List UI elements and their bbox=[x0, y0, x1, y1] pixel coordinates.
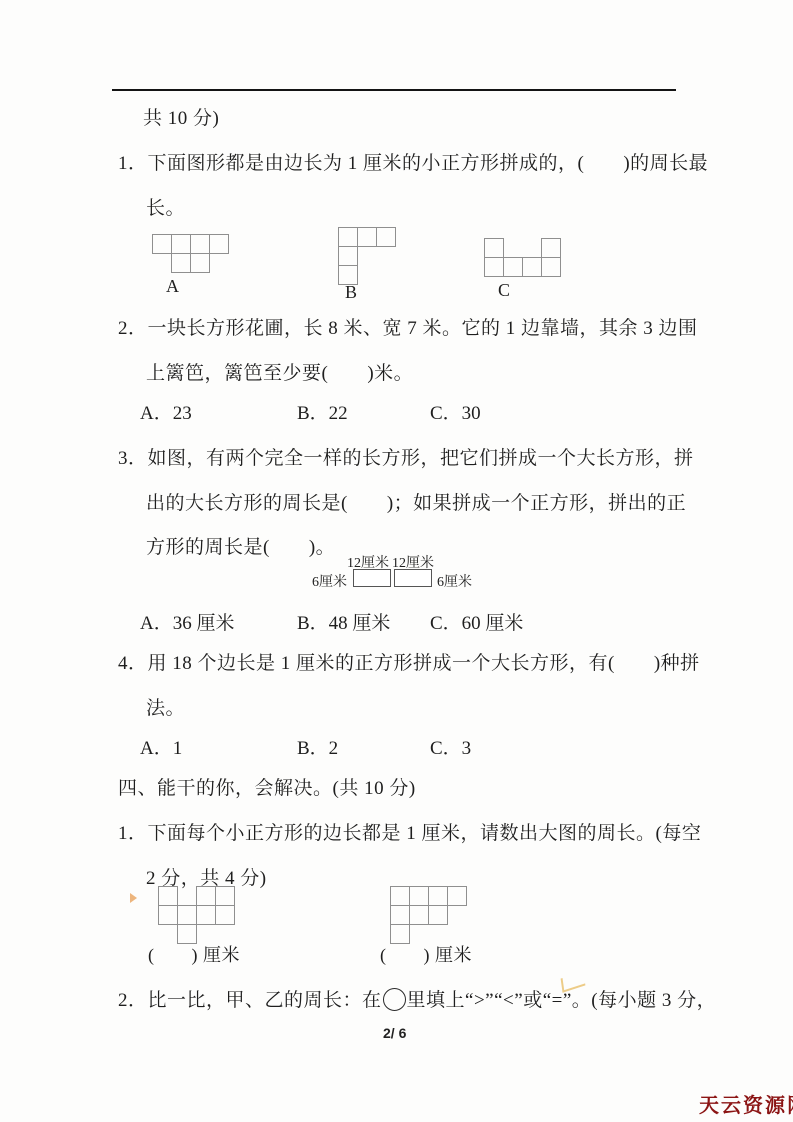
shape-label-c: C bbox=[498, 280, 510, 301]
unit-square bbox=[541, 257, 561, 277]
shape-label-b: B bbox=[345, 282, 357, 303]
question-2-text-line2: 上篱笆，篱笆至少要( )米。 bbox=[146, 358, 413, 385]
unit-square bbox=[171, 234, 191, 254]
question-4-number: 4． bbox=[118, 648, 148, 675]
unit-square bbox=[190, 253, 210, 273]
question-2-text-line1: 一块长方形花圃，长 8 米、宽 7 米。它的 1 边靠墙，其余 3 边围 bbox=[148, 318, 698, 339]
question-3-option-b: B．48 厘米 bbox=[297, 608, 390, 635]
question-1-text-line1: 下面图形都是由边长为 1 厘米的小正方形拼成的，( )的周长最 bbox=[148, 153, 709, 174]
question-3-text-line3: 方形的周长是( )。 bbox=[146, 532, 335, 559]
question-3-option-c: C．60 厘米 bbox=[430, 608, 523, 635]
worksheet-page: 共 10 分) 1．下面图形都是由边长为 1 厘米的小正方形拼成的，( )的周长… bbox=[0, 0, 793, 1122]
question-1-text-line2: 长。 bbox=[146, 193, 185, 220]
unit-square bbox=[196, 905, 216, 925]
unit-square bbox=[152, 234, 172, 254]
carryover-text: 共 10 分) bbox=[143, 103, 219, 130]
page-divider-line bbox=[112, 89, 676, 91]
unit-square bbox=[177, 905, 197, 925]
unit-square bbox=[390, 905, 410, 925]
question-3-option-a: A．36 厘米 bbox=[140, 608, 234, 635]
unit-square bbox=[196, 886, 216, 906]
rectangle-right bbox=[394, 569, 432, 587]
perimeter-figure-right bbox=[390, 886, 467, 944]
unit-square bbox=[215, 905, 235, 925]
question-2-option-a: A．23 bbox=[140, 398, 192, 425]
rect-left-side-label: 6厘米 bbox=[312, 571, 347, 591]
question-4-option-c: C．3 bbox=[430, 733, 471, 760]
unit-square bbox=[158, 905, 178, 925]
shape-figure-a bbox=[152, 234, 229, 273]
section-4-question-1-number: 1． bbox=[118, 818, 148, 845]
unit-square bbox=[338, 246, 358, 266]
question-4-text-line1: 用 18 个边长是 1 厘米的正方形拼成一个大长方形，有( )种拼 bbox=[148, 653, 700, 674]
unit-square bbox=[171, 253, 191, 273]
answer-blank-left: ( ) 厘米 bbox=[148, 941, 240, 967]
compare-answer-circle bbox=[383, 988, 406, 1011]
site-watermark: 天云资源网 bbox=[699, 1089, 793, 1118]
unit-square bbox=[428, 886, 448, 906]
unit-square bbox=[209, 234, 229, 254]
question-2-option-b: B．22 bbox=[297, 398, 348, 425]
question-2-option-c: C．30 bbox=[430, 398, 481, 425]
unit-square bbox=[390, 886, 410, 906]
question-3-text-line2: 出的大长方形的周长是( )；如果拼成一个正方形，拼出的正 bbox=[146, 488, 686, 515]
rect-right-side-label: 6厘米 bbox=[437, 571, 472, 591]
section-4-question-2-number: 2． bbox=[118, 985, 148, 1012]
unit-square bbox=[158, 886, 178, 906]
answer-blank-right: ( ) 厘米 bbox=[380, 941, 472, 967]
section-4-question-2-after-circle: 里填上“>”“<”或“=”。(每小题 3 分， bbox=[407, 990, 717, 1011]
question-4-option-a: A．1 bbox=[140, 733, 182, 760]
unit-square bbox=[338, 227, 358, 247]
unit-square bbox=[215, 886, 235, 906]
unit-square bbox=[484, 257, 504, 277]
unit-square bbox=[376, 227, 396, 247]
section-4-question-2-before-circle: 比一比，甲、乙的周长：在 bbox=[148, 990, 382, 1011]
question-3-number: 3． bbox=[118, 443, 148, 470]
question-2-number: 2． bbox=[118, 313, 148, 340]
question-3: 3．如图，有两个完全一样的长方形，把它们拼成一个大长方形，拼 bbox=[118, 443, 694, 470]
unit-square bbox=[484, 238, 504, 258]
question-1: 1．下面图形都是由边长为 1 厘米的小正方形拼成的，( )的周长最 bbox=[118, 148, 708, 175]
unit-square bbox=[447, 886, 467, 906]
unit-square bbox=[522, 257, 542, 277]
section-4-question-2: 2．比一比，甲、乙的周长：在里填上“>”“<”或“=”。(每小题 3 分， bbox=[118, 985, 716, 1012]
unit-square bbox=[428, 905, 448, 925]
unit-square bbox=[503, 257, 523, 277]
question-2: 2．一块长方形花圃，长 8 米、宽 7 米。它的 1 边靠墙，其余 3 边围 bbox=[118, 313, 698, 340]
shape-label-a: A bbox=[166, 276, 179, 297]
question-4-option-b: B．2 bbox=[297, 733, 338, 760]
unit-square bbox=[409, 886, 429, 906]
unit-square bbox=[357, 227, 377, 247]
question-4-text-line2: 法。 bbox=[146, 693, 185, 720]
perimeter-figure-left bbox=[158, 886, 235, 944]
section-4-heading: 四、能干的你，会解决。(共 10 分) bbox=[118, 773, 416, 800]
unit-square bbox=[541, 238, 561, 258]
section-4-question-1: 1．下面每个小正方形的边长都是 1 厘米，请数出大图的周长。(每空 bbox=[118, 818, 701, 845]
shape-figure-c bbox=[484, 238, 561, 277]
question-3-text-line1: 如图，有两个完全一样的长方形，把它们拼成一个大长方形，拼 bbox=[148, 448, 694, 469]
scan-artifact-arrow bbox=[130, 893, 137, 903]
question-4: 4．用 18 个边长是 1 厘米的正方形拼成一个大长方形，有( )种拼 bbox=[118, 648, 700, 675]
rectangle-left bbox=[353, 569, 391, 587]
question-1-number: 1． bbox=[118, 148, 148, 175]
page-number: 2/ 6 bbox=[383, 1025, 406, 1041]
unit-square bbox=[409, 905, 429, 925]
shape-figure-b bbox=[338, 227, 396, 285]
section-4-question-1-line1: 下面每个小正方形的边长都是 1 厘米，请数出大图的周长。(每空 bbox=[148, 823, 702, 844]
unit-square bbox=[190, 234, 210, 254]
